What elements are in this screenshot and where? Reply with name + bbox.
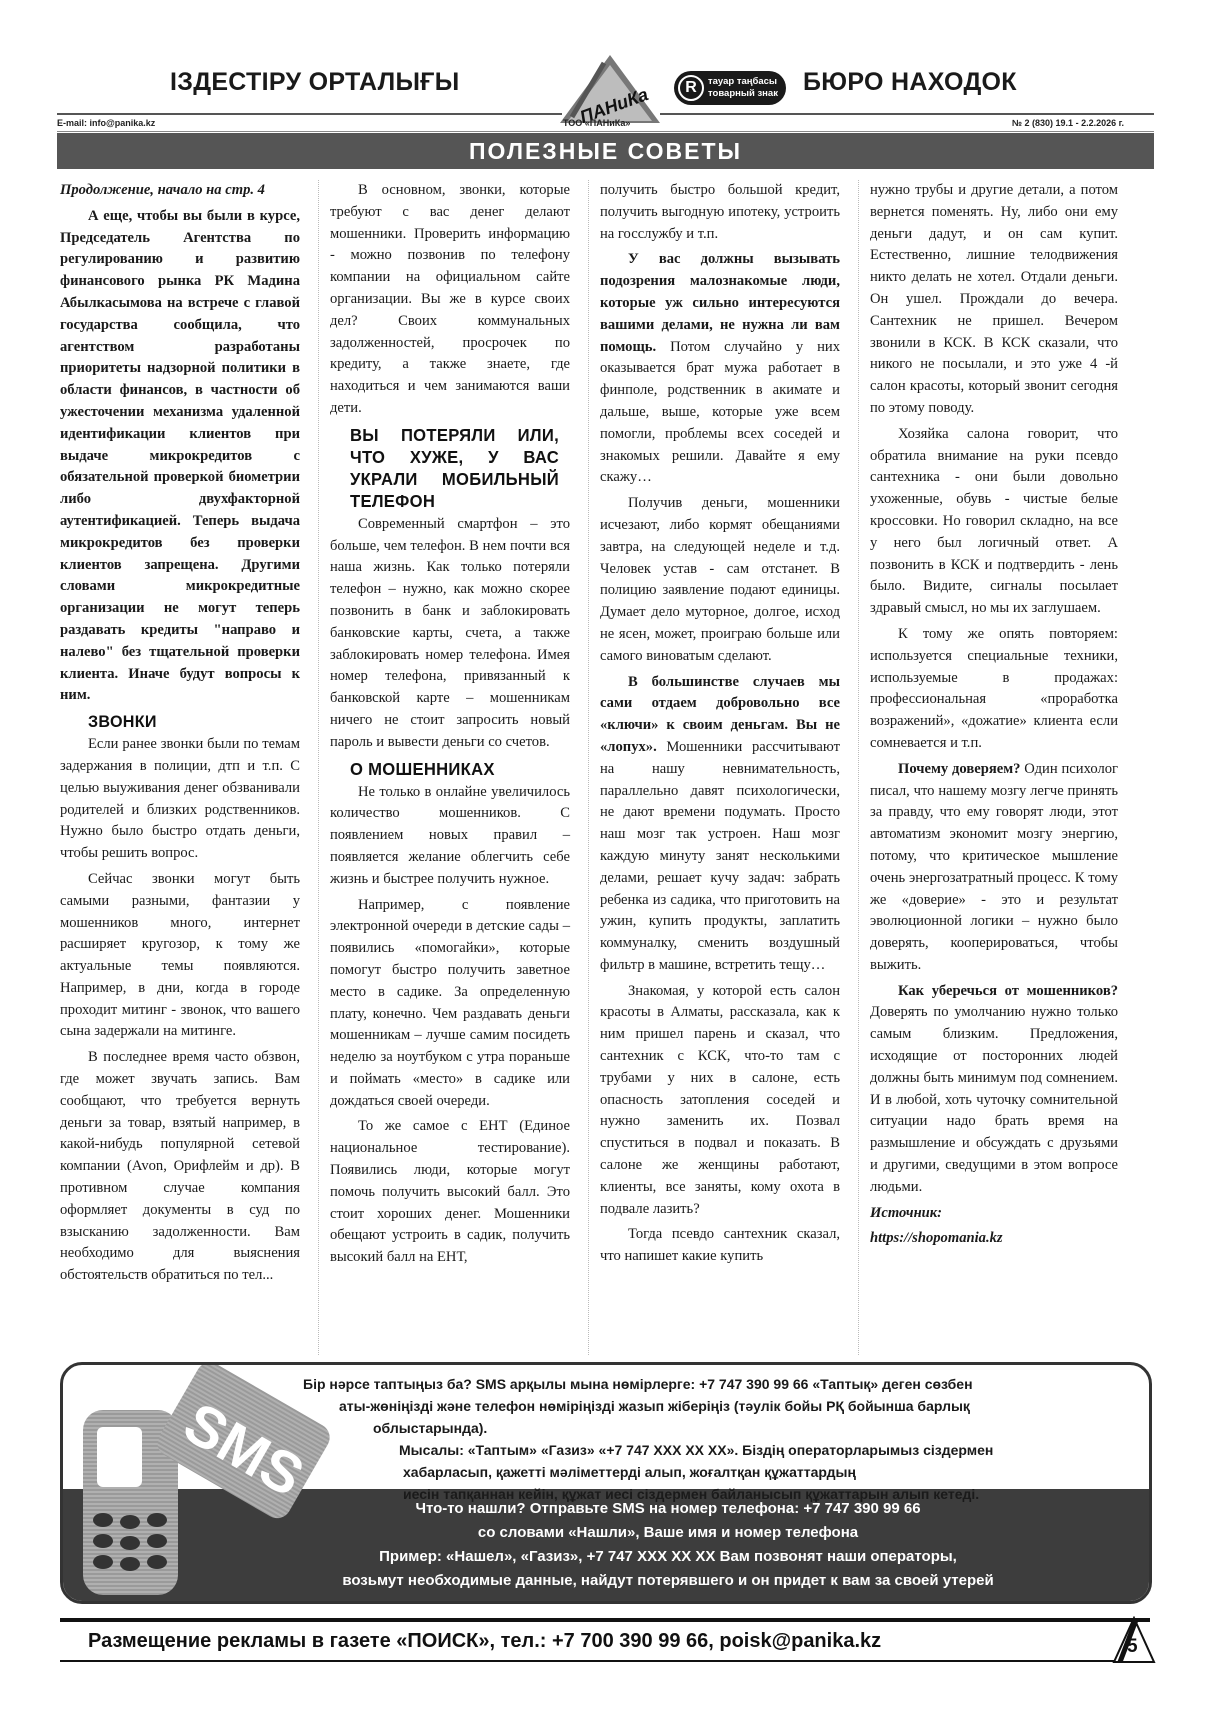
- paragraph: Получив деньги, мошенники исчезают, либо…: [600, 493, 840, 667]
- paragraph: получить быстро большой кредит, получить…: [600, 180, 840, 245]
- paragraph: Сейчас звонки могут быть самыми разными,…: [60, 869, 300, 1043]
- paragraph: Не только в онлайне увеличилось количест…: [330, 782, 570, 891]
- heading-lost-phone: ВЫ ПОТЕРЯЛИ ИЛИ, ЧТО ХУЖЕ, У ВАС УКРАЛИ …: [350, 424, 559, 512]
- paragraph: В последнее время часто обзвон, где може…: [60, 1047, 300, 1287]
- header-issue: № 2 (830) 19.1 - 2.2.2026 г.: [1012, 118, 1124, 128]
- source-link[interactable]: https://shopomania.kz: [870, 1228, 1118, 1250]
- paragraph: нужно трубы и другие детали, а потом вер…: [870, 180, 1118, 420]
- header-rule-right: [660, 113, 1154, 115]
- masthead-title-kz: ІЗДЕСТІРУ ОРТАЛЫҒЫ: [170, 68, 460, 97]
- header-company: ТОО «ПАНиКа»: [563, 118, 630, 128]
- bold-text: Как уберечься от мошенников?: [898, 983, 1118, 999]
- paragraph: Тогда псевдо сантехник сказал, что напиш…: [600, 1224, 840, 1268]
- bold-text: Почему доверяем?: [898, 761, 1020, 777]
- article-column-3: получить быстро большой кредит, получить…: [600, 180, 840, 1272]
- paragraph: Хозяйка салона говорит, что обратила вни…: [870, 424, 1118, 620]
- source-label: Источник:: [870, 1203, 1118, 1225]
- sms-ru-text: Что-то нашли? Отправьте SMS на номер тел…: [193, 1497, 1143, 1593]
- paragraph: То же самое с ЕНТ (Единое национальное т…: [330, 1116, 570, 1269]
- column-divider: [588, 180, 589, 1355]
- header-divider: [57, 131, 1154, 132]
- column-divider: [858, 180, 859, 1355]
- heading-calls: ЗВОНКИ: [88, 711, 289, 732]
- footer-ad-text: Размещение рекламы в газете «ПОИСК», тел…: [88, 1630, 881, 1653]
- header-rule-left: [57, 113, 562, 115]
- page-number: 5: [1127, 1636, 1138, 1658]
- trademark-ru: товарный знак: [708, 88, 778, 100]
- column-divider: [318, 180, 319, 1355]
- paragraph: Например, с появление электронной очеред…: [330, 895, 570, 1113]
- heading-fraudsters: О МОШЕННИКАХ: [350, 758, 559, 780]
- paragraph: В основном, звонки, которые требуют с ва…: [330, 180, 570, 420]
- section-title: ПОЛЕЗНЫЕ СОВЕТЫ: [469, 138, 742, 165]
- footer-ad-bar: Размещение рекламы в газете «ПОИСК», тел…: [60, 1618, 1150, 1662]
- paragraph: Современный смартфон – это больше, чем т…: [330, 514, 570, 754]
- paragraph: Знакомая, у которой есть салон красоты в…: [600, 981, 840, 1221]
- article-body: Продолжение, начало на стр. 4 А еще, что…: [60, 180, 1155, 1355]
- section-banner: ПОЛЕЗНЫЕ СОВЕТЫ: [57, 133, 1154, 169]
- trademark-kz: тауар таңбасы: [708, 76, 778, 88]
- continuation-note: Продолжение, начало на стр. 4: [60, 180, 300, 202]
- sms-kz-text: Бір нәрсе таптыңыз ба? SMS арқылы мына н…: [303, 1373, 1123, 1505]
- paragraph: Если ранее звонки были по темам задержан…: [60, 734, 300, 865]
- paragraph: В большинстве случаев мы сами отдаем доб…: [600, 672, 840, 977]
- article-column-1: Продолжение, начало на стр. 4 А еще, что…: [60, 180, 300, 1291]
- paragraph: Почему доверяем? Один психолог писал, чт…: [870, 759, 1118, 977]
- sms-advertisement: SMS Бір нәрсе таптыңыз ба? SMS арқылы мы…: [60, 1362, 1152, 1604]
- header-email[interactable]: E-mail: info@panika.kz: [57, 118, 155, 128]
- trademark-badge: R тауар таңбасы товарный знак: [674, 71, 786, 105]
- lead-paragraph: А еще, чтобы вы были в курсе, Председате…: [60, 206, 300, 707]
- paragraph: Как уберечься от мошенников? Доверять по…: [870, 981, 1118, 1199]
- panika-logo-icon: ПАНиКа: [560, 55, 660, 123]
- masthead-title-ru: БЮРО НАХОДОК: [803, 68, 1017, 97]
- paragraph: К тому же опять повторяем: используется …: [870, 624, 1118, 755]
- paragraph: У вас должны вызывать подозрения малозна…: [600, 249, 840, 489]
- registered-trademark-icon: R: [678, 75, 704, 101]
- article-column-2: В основном, звонки, которые требуют с ва…: [330, 180, 570, 1273]
- article-column-4: нужно трубы и другие детали, а потом вер…: [870, 180, 1118, 1254]
- masthead: ІЗДЕСТІРУ ОРТАЛЫҒЫ ПАНиКа R тауар таңбас…: [0, 0, 1211, 170]
